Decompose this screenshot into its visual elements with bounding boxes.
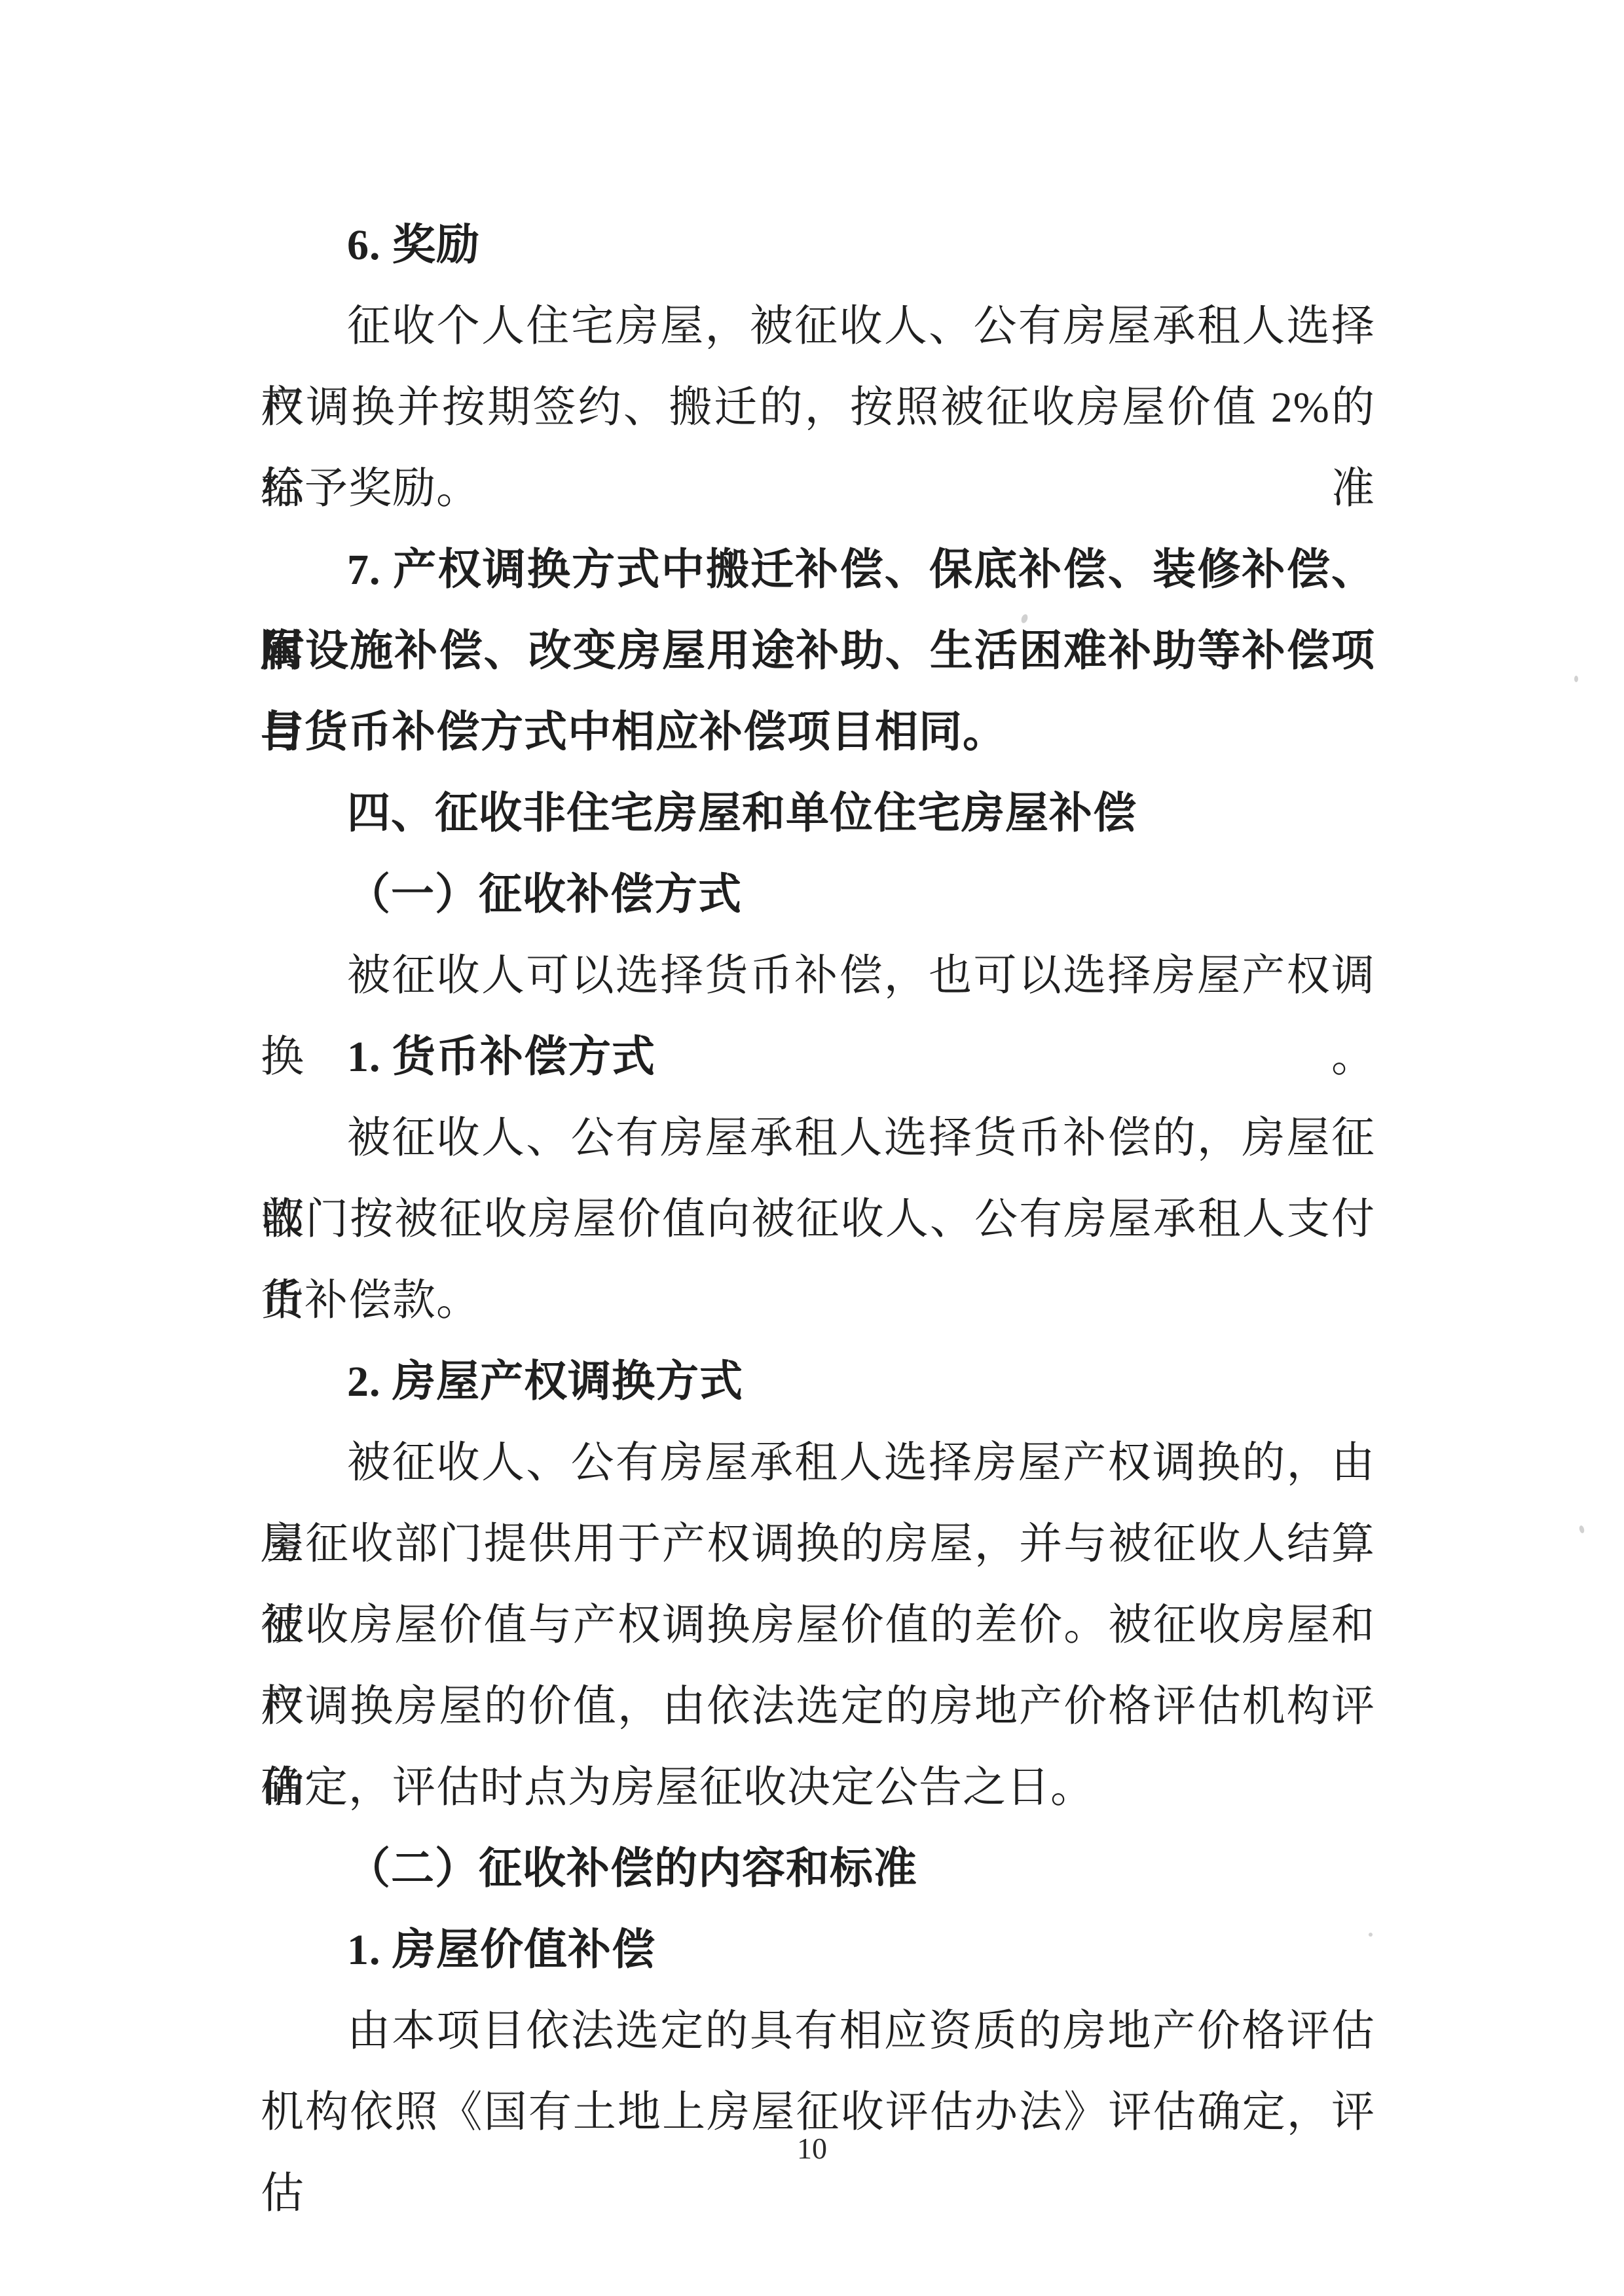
scan-speck	[1579, 1525, 1585, 1533]
text-line: 由本项目依法选定的具有相应资质的房地产价格评估	[261, 1991, 1375, 2072]
text-line: 四、征收非住宅房屋和单位住宅房屋补偿	[261, 773, 1375, 854]
text-block: 6. 奖励征收个人住宅房屋，被征收人、公有房屋承租人选择产权调换并按期签约、搬迁…	[261, 205, 1375, 2153]
text-line: 屋征收部门提供用于产权调换的房屋，并与被征收人结算被	[261, 1504, 1375, 1585]
text-line: 币补偿款。	[261, 1260, 1375, 1341]
document-page: 6. 奖励征收个人住宅房屋，被征收人、公有房屋承租人选择产权调换并按期签约、搬迁…	[0, 0, 1624, 2296]
text-line: （二）征收补偿的内容和标准	[261, 1829, 1375, 1910]
text-line: 与货币补偿方式中相应补偿项目相同。	[261, 692, 1375, 773]
text-line: 1. 房屋价值补偿	[261, 1910, 1375, 1991]
text-line: 征收个人住宅房屋，被征收人、公有房屋承租人选择产	[261, 286, 1375, 367]
text-line: 属设施补偿、改变房屋用途补助、生活困难补助等补偿项目	[261, 611, 1375, 692]
text-line: 被征收人、公有房屋承租人选择房屋产权调换的，由房	[261, 1423, 1375, 1504]
text-line: 7. 产权调换方式中搬迁补偿、保底补偿、装修补偿、附	[261, 530, 1375, 611]
text-line: 权调换房屋的价值，由依法选定的房地产价格评估机构评估	[261, 1666, 1375, 1747]
page-number: 10	[0, 2129, 1624, 2168]
text-line: 征收房屋价值与产权调换房屋价值的差价。被征收房屋和产	[261, 1585, 1375, 1666]
scan-speck	[1574, 676, 1578, 682]
text-line: 6. 奖励	[261, 205, 1375, 286]
text-line: 被征收人可以选择货币补偿，也可以选择房屋产权调换。	[261, 936, 1375, 1017]
text-line: 权调换并按期签约、搬迁的，按照被征收房屋价值 2%的标准	[261, 367, 1375, 448]
text-line: 被征收人、公有房屋承租人选择货币补偿的，房屋征收	[261, 1098, 1375, 1179]
scan-speck	[1369, 1933, 1373, 1937]
text-line: （一）征收补偿方式	[261, 854, 1375, 936]
text-line: 2. 房屋产权调换方式	[261, 1341, 1375, 1423]
text-line: 部门按被征收房屋价值向被征收人、公有房屋承租人支付货	[261, 1179, 1375, 1260]
text-line: 确定，评估时点为房屋征收决定公告之日。	[261, 1747, 1375, 1829]
